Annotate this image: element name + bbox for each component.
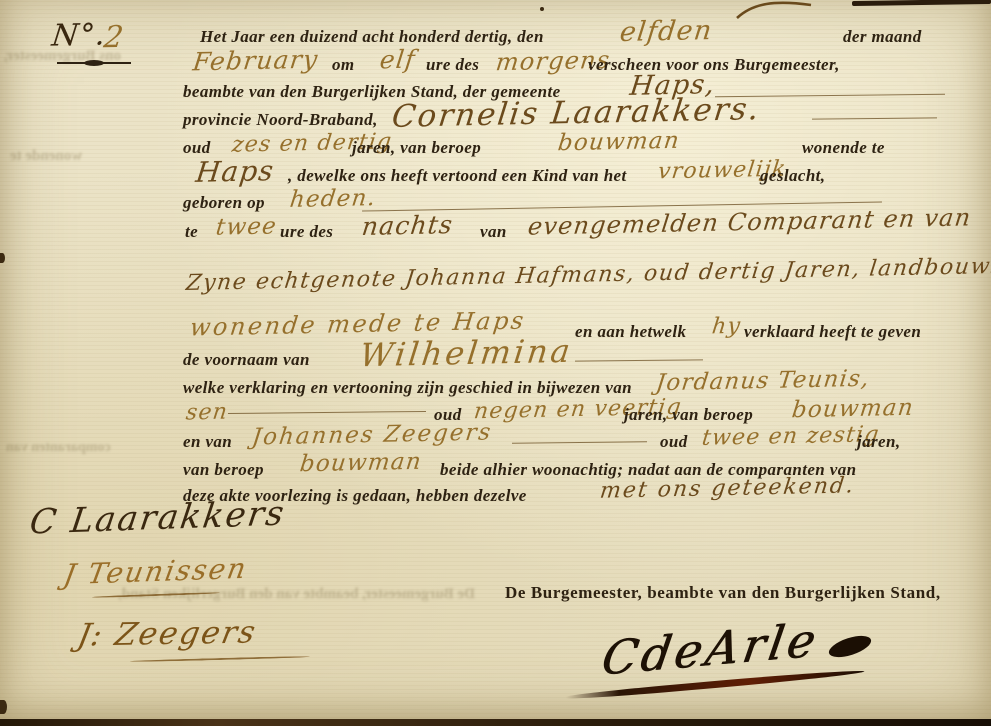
- ornament-lens: [84, 60, 104, 66]
- fill-in-rule: [812, 117, 937, 119]
- edge-speck: [0, 700, 7, 714]
- handwritten-text-segment: heden.: [288, 185, 377, 213]
- handwritten-text-segment: Zyne echtgenote Johanna Hafmans, oud der…: [185, 253, 991, 296]
- printed-text-segment: jaren, van beroep: [352, 138, 481, 158]
- signature-witness-1: J Teunissen: [61, 552, 250, 592]
- handwritten-text-segment: twee en zestig: [701, 422, 881, 451]
- printed-text-segment: geboren op: [183, 193, 265, 213]
- top-edge-pen-stroke: [735, 0, 815, 20]
- handwritten-text-segment: February: [191, 45, 320, 77]
- printed-text-segment: jaren,: [857, 432, 901, 452]
- printed-text-segment: geslacht,: [760, 166, 825, 186]
- edge-speck: [0, 253, 5, 263]
- handwritten-text-segment: bouwman: [298, 449, 423, 478]
- bleed-through-text: comparanten van: [6, 440, 111, 456]
- printed-text-segment: provincie Noord-Braband,: [183, 110, 378, 130]
- handwritten-text-segment: bouwman: [556, 128, 681, 157]
- handwritten-text-segment: elfden: [618, 15, 714, 48]
- printed-text-segment: verklaard heeft te geven: [744, 322, 921, 342]
- printed-text-segment: Het Jaar een duizend acht honderd dertig…: [200, 27, 544, 47]
- handwritten-text-segment: evengemelden Comparant en van: [526, 203, 973, 240]
- printed-text-segment: ure des: [280, 222, 333, 242]
- ornament-divider: [57, 60, 131, 66]
- handwritten-text-segment: Jordanus Teunis,: [654, 366, 871, 397]
- printed-text-segment: oud: [660, 432, 688, 452]
- handwritten-text-segment: Haps: [194, 154, 276, 189]
- handwritten-text-segment: Wilhelmina: [358, 332, 575, 375]
- ink-speck: [540, 7, 544, 11]
- fill-in-rule: [228, 411, 426, 414]
- handwritten-text-segment: sen: [185, 400, 230, 426]
- printed-text-segment: der maand: [843, 27, 922, 47]
- handwritten-text-segment: twee: [214, 213, 278, 240]
- page-edge-shadow: [0, 719, 991, 726]
- printed-text-segment: wonende te: [802, 138, 885, 158]
- handwritten-text-segment: hy: [711, 314, 743, 340]
- ink-blob: [826, 632, 873, 662]
- handwritten-text-segment: met ons geteekend.: [599, 473, 857, 503]
- handwritten-text-segment: nachts: [360, 210, 455, 241]
- margin-act-number: 2: [102, 20, 126, 56]
- handwritten-text-segment: Johannes Zeegers: [250, 419, 493, 450]
- handwritten-text-segment: bouwman: [790, 395, 915, 424]
- printed-text-segment: te: [185, 222, 198, 242]
- printed-text-segment: de voornaam van: [183, 350, 310, 370]
- printed-text-segment: om: [332, 55, 355, 75]
- printed-text-segment: van: [480, 222, 507, 242]
- document-scan: ons Burgemeester, wonende te comparanten…: [0, 0, 991, 726]
- fill-in-rule: [512, 441, 647, 443]
- bleed-through-text: wonende te: [10, 148, 82, 165]
- printed-text-segment: en van: [183, 432, 232, 452]
- printed-text-segment: en aan hetwelk: [575, 322, 686, 342]
- handwritten-text-segment: elf: [378, 45, 417, 75]
- printed-text-segment: , dewelke ons heeft vertoond een Kind va…: [288, 166, 627, 186]
- top-edge-artifact: [852, 0, 991, 6]
- margin-act-number-prefix: N°.: [50, 17, 109, 53]
- printed-text-segment: welke verklaring en vertooning zijn gesc…: [183, 378, 632, 398]
- handwritten-text-segment: Cornelis Laarakkers.: [390, 91, 763, 135]
- printed-text-segment: ure des: [426, 55, 479, 75]
- signature-flourish: [130, 656, 310, 663]
- fill-in-rule: [575, 359, 703, 361]
- signature-father: C Laarakkers: [27, 493, 288, 542]
- signature-witness-2: J: Zeegers: [75, 614, 261, 653]
- printed-text-segment: jaren, van beroep: [624, 405, 753, 425]
- printed-text-segment: van beroep: [183, 460, 264, 480]
- closing-statement: De Burgemeester, beambte van den Burgerl…: [505, 583, 941, 603]
